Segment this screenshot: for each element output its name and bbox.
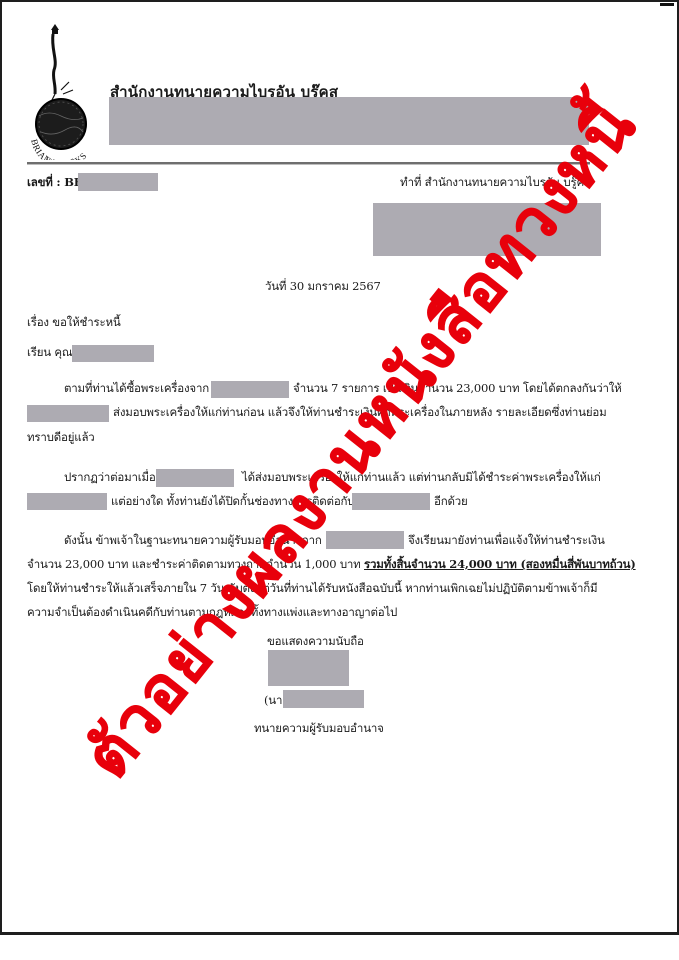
paragraph-1-line-1a: ตามที่ท่านได้ซื้อพระเครื่องจาก — [64, 380, 209, 396]
amount-text: จำนวน 23,000 บาท และชำระค่าติดตามทวงถามจ… — [27, 557, 364, 571]
redacted-seller-name-5 — [352, 493, 430, 510]
header-divider — [27, 162, 590, 165]
redacted-address — [109, 97, 589, 145]
redacted-firm-address — [373, 203, 601, 256]
redacted-reference-number — [78, 173, 158, 191]
paragraph-2-line-2a: แต่อย่างใด ทั้งท่านยังได้ปิดกั้นช่องทางก… — [111, 493, 354, 509]
paragraph-2-line-1b: ได้ส่งมอบพระเครื่องให้แก่ท่านแล้ว แต่ท่า… — [242, 469, 601, 485]
paragraph-3-line-3: โดยให้ท่านชำระให้แล้วเสร็จภายใน 7 วัน นั… — [27, 580, 597, 596]
paragraph-2-line-1a: ปรากฏว่าต่อมาเมื่อ — [64, 469, 156, 485]
letter-date: วันที่ 30 มกราคม 2567 — [265, 278, 381, 294]
signatory-title: ทนายความผู้รับมอบอำนาจ — [254, 720, 384, 736]
law-office-logo: BRIAN BROOKS LAW OFFICE — [25, 20, 105, 160]
redacted-seller-name — [211, 381, 289, 398]
paragraph-3-line-1b: จึงเรียนมายังท่านเพื่อแจ้งให้ท่านชำระเงิ… — [408, 532, 605, 548]
signatory-name-prefix: (นา — [264, 692, 282, 708]
paragraph-1-line-2: ส่งมอบพระเครื่องให้แก่ท่านก่อน แล้วจึงให… — [113, 404, 606, 420]
paragraph-3-line-1a: ดังนั้น ข้าพเจ้าในฐานะทนายความผู้รับมอบอ… — [64, 532, 322, 548]
salutation: เรียน คุณ — [27, 344, 72, 360]
redacted-recipient-name — [72, 345, 154, 362]
paragraph-3-line-2: จำนวน 23,000 บาท และชำระค่าติดตามทวงถามจ… — [27, 556, 636, 572]
paragraph-3-line-4: ความจำเป็นต้องดำเนินคดีกับท่านตามกฎหมายท… — [27, 604, 397, 620]
redacted-seller-name-2 — [27, 405, 109, 422]
liberty-torch-icon: BRIAN BROOKS LAW OFFICE — [25, 20, 105, 160]
closing: ขอแสดงความนับถือ — [267, 633, 364, 649]
redacted-seller-name-3 — [156, 469, 234, 487]
written-at: ทำที่ สำนักงานทนายความไบรอัน บรู๊คส — [400, 174, 591, 190]
total-amount: รวมทั้งสิ้นจำนวน 24,000 บาท (สองหมื่นสี่… — [364, 557, 636, 571]
reference-number-label: เลขที่ : BB — [27, 174, 83, 190]
redacted-signature — [268, 650, 349, 686]
redacted-client-name — [326, 531, 404, 549]
corner-mark — [660, 3, 674, 6]
letter-subject: เรื่อง ขอให้ชำระหนี้ — [27, 314, 121, 330]
redacted-seller-name-4 — [27, 493, 107, 510]
redacted-signatory-name — [283, 690, 364, 708]
paragraph-1-line-3: ทราบดีอยู่แล้ว — [27, 429, 95, 445]
paragraph-2-line-2b: อีกด้วย — [434, 493, 468, 509]
paragraph-1-line-1b: จำนวน 7 รายการ เป็นเงินจำนวน 23,000 บาท … — [293, 380, 622, 396]
